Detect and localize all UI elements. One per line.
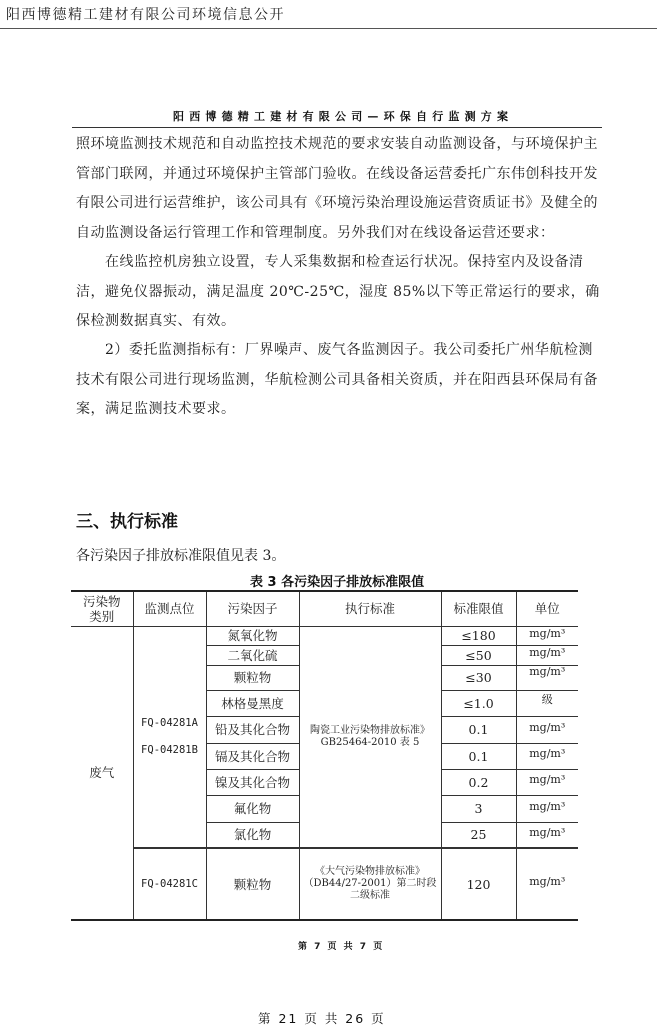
table-header-row: 污染物类别 监测点位 污染因子 执行标准 标准限值 单位	[71, 591, 578, 626]
limit-cell: ≤30	[441, 665, 516, 690]
header-category: 污染物类别	[71, 591, 133, 626]
document-header-divider	[72, 127, 602, 128]
unit-cell: mg/m³	[516, 665, 578, 690]
factor-cell: 氟化物	[206, 795, 299, 822]
standard-cell: 陶瓷工业污染物排放标准》GB25464-2010 表 5	[299, 626, 441, 848]
limit-cell: 3	[441, 795, 516, 822]
factor-cell: 镉及其化合物	[206, 743, 299, 769]
points-cell: FQ-04281A FQ-04281B	[133, 626, 206, 848]
section-intro: 各污染因子排放标准限值见表 3。	[76, 545, 285, 565]
factor-cell: 氮氧化物	[206, 626, 299, 645]
emission-standards-table: 污染物类别 监测点位 污染因子 执行标准 标准限值 单位 废气 FQ-04281…	[71, 590, 578, 921]
unit-cell: mg/m³	[516, 716, 578, 743]
header-divider	[0, 28, 657, 29]
table-row: 废气 FQ-04281A FQ-04281B 氮氧化物 陶瓷工业污染物排放标准》…	[71, 626, 578, 645]
limit-cell: ≤50	[441, 645, 516, 665]
limit-cell: ≤1.0	[441, 690, 516, 716]
factor-cell: 颗粒物	[206, 665, 299, 690]
table-caption: 表 3 各污染因子排放标准限值	[250, 571, 424, 590]
limit-cell: 25	[441, 822, 516, 848]
section-title: 三、执行标准	[76, 507, 178, 532]
outer-page-number: 第 21 页 共 26 页	[258, 1009, 386, 1026]
outer-page-header: 阳西博德精工建材有限公司环境信息公开	[6, 4, 285, 24]
factor-cell: 林格曼黑度	[206, 690, 299, 716]
factor-cell: 二氧化硫	[206, 645, 299, 665]
limit-cell: ≤180	[441, 626, 516, 645]
factor-cell: 颗粒物	[206, 848, 299, 920]
limit-cell: 120	[441, 848, 516, 920]
header-pollutant: 污染因子	[206, 591, 299, 626]
factor-cell: 铅及其化合物	[206, 716, 299, 743]
limit-cell: 0.1	[441, 716, 516, 743]
factor-cell: 镍及其化合物	[206, 769, 299, 795]
standard-cell: 《大气污染物排放标准》（DB44/27-2001）第二时段 二级标准	[299, 848, 441, 920]
point-c: FQ-04281C	[133, 848, 206, 920]
limit-cell: 0.2	[441, 769, 516, 795]
limit-cell: 0.1	[441, 743, 516, 769]
header-monitoring-point: 监测点位	[133, 591, 206, 626]
unit-cell: mg/m³	[516, 822, 578, 848]
paragraph-commissioned-monitoring: 2）委托监测指标有：厂界噪声、废气各监测因子。我公司委托广州华航检测技术有限公司…	[76, 336, 604, 425]
unit-cell: mg/m³	[516, 743, 578, 769]
header-unit: 单位	[516, 591, 578, 626]
unit-cell: mg/m³	[516, 645, 578, 665]
document-header: 阳西博德精工建材有限公司—环保自行监测方案	[173, 108, 513, 124]
unit-cell: mg/m³	[516, 769, 578, 795]
header-standard: 执行标准	[299, 591, 441, 626]
point-b: FQ-04281B	[134, 744, 206, 757]
category-cell: 废气	[71, 626, 133, 920]
paragraph-monitoring-room: 在线监控机房独立设置，专人采集数据和检查运行状况。保持室内及设备清洁，避免仪器振…	[76, 248, 604, 337]
point-a: FQ-04281A	[134, 717, 206, 730]
factor-cell: 氯化物	[206, 822, 299, 848]
unit-cell: mg/m³	[516, 848, 578, 920]
inner-page-number: 第 7 页 共 7 页	[298, 939, 384, 952]
header-limit: 标准限值	[441, 591, 516, 626]
unit-cell: mg/m³	[516, 626, 578, 645]
paragraph-online-monitoring: 照环境监测技术规范和自动监控技术规范的要求安装自动监测设备，与环境保护主管部门联…	[76, 130, 604, 248]
unit-cell: mg/m³	[516, 795, 578, 822]
unit-cell: 级	[516, 690, 578, 716]
table-row: FQ-04281C 颗粒物 《大气污染物排放标准》（DB44/27-2001）第…	[71, 848, 578, 920]
